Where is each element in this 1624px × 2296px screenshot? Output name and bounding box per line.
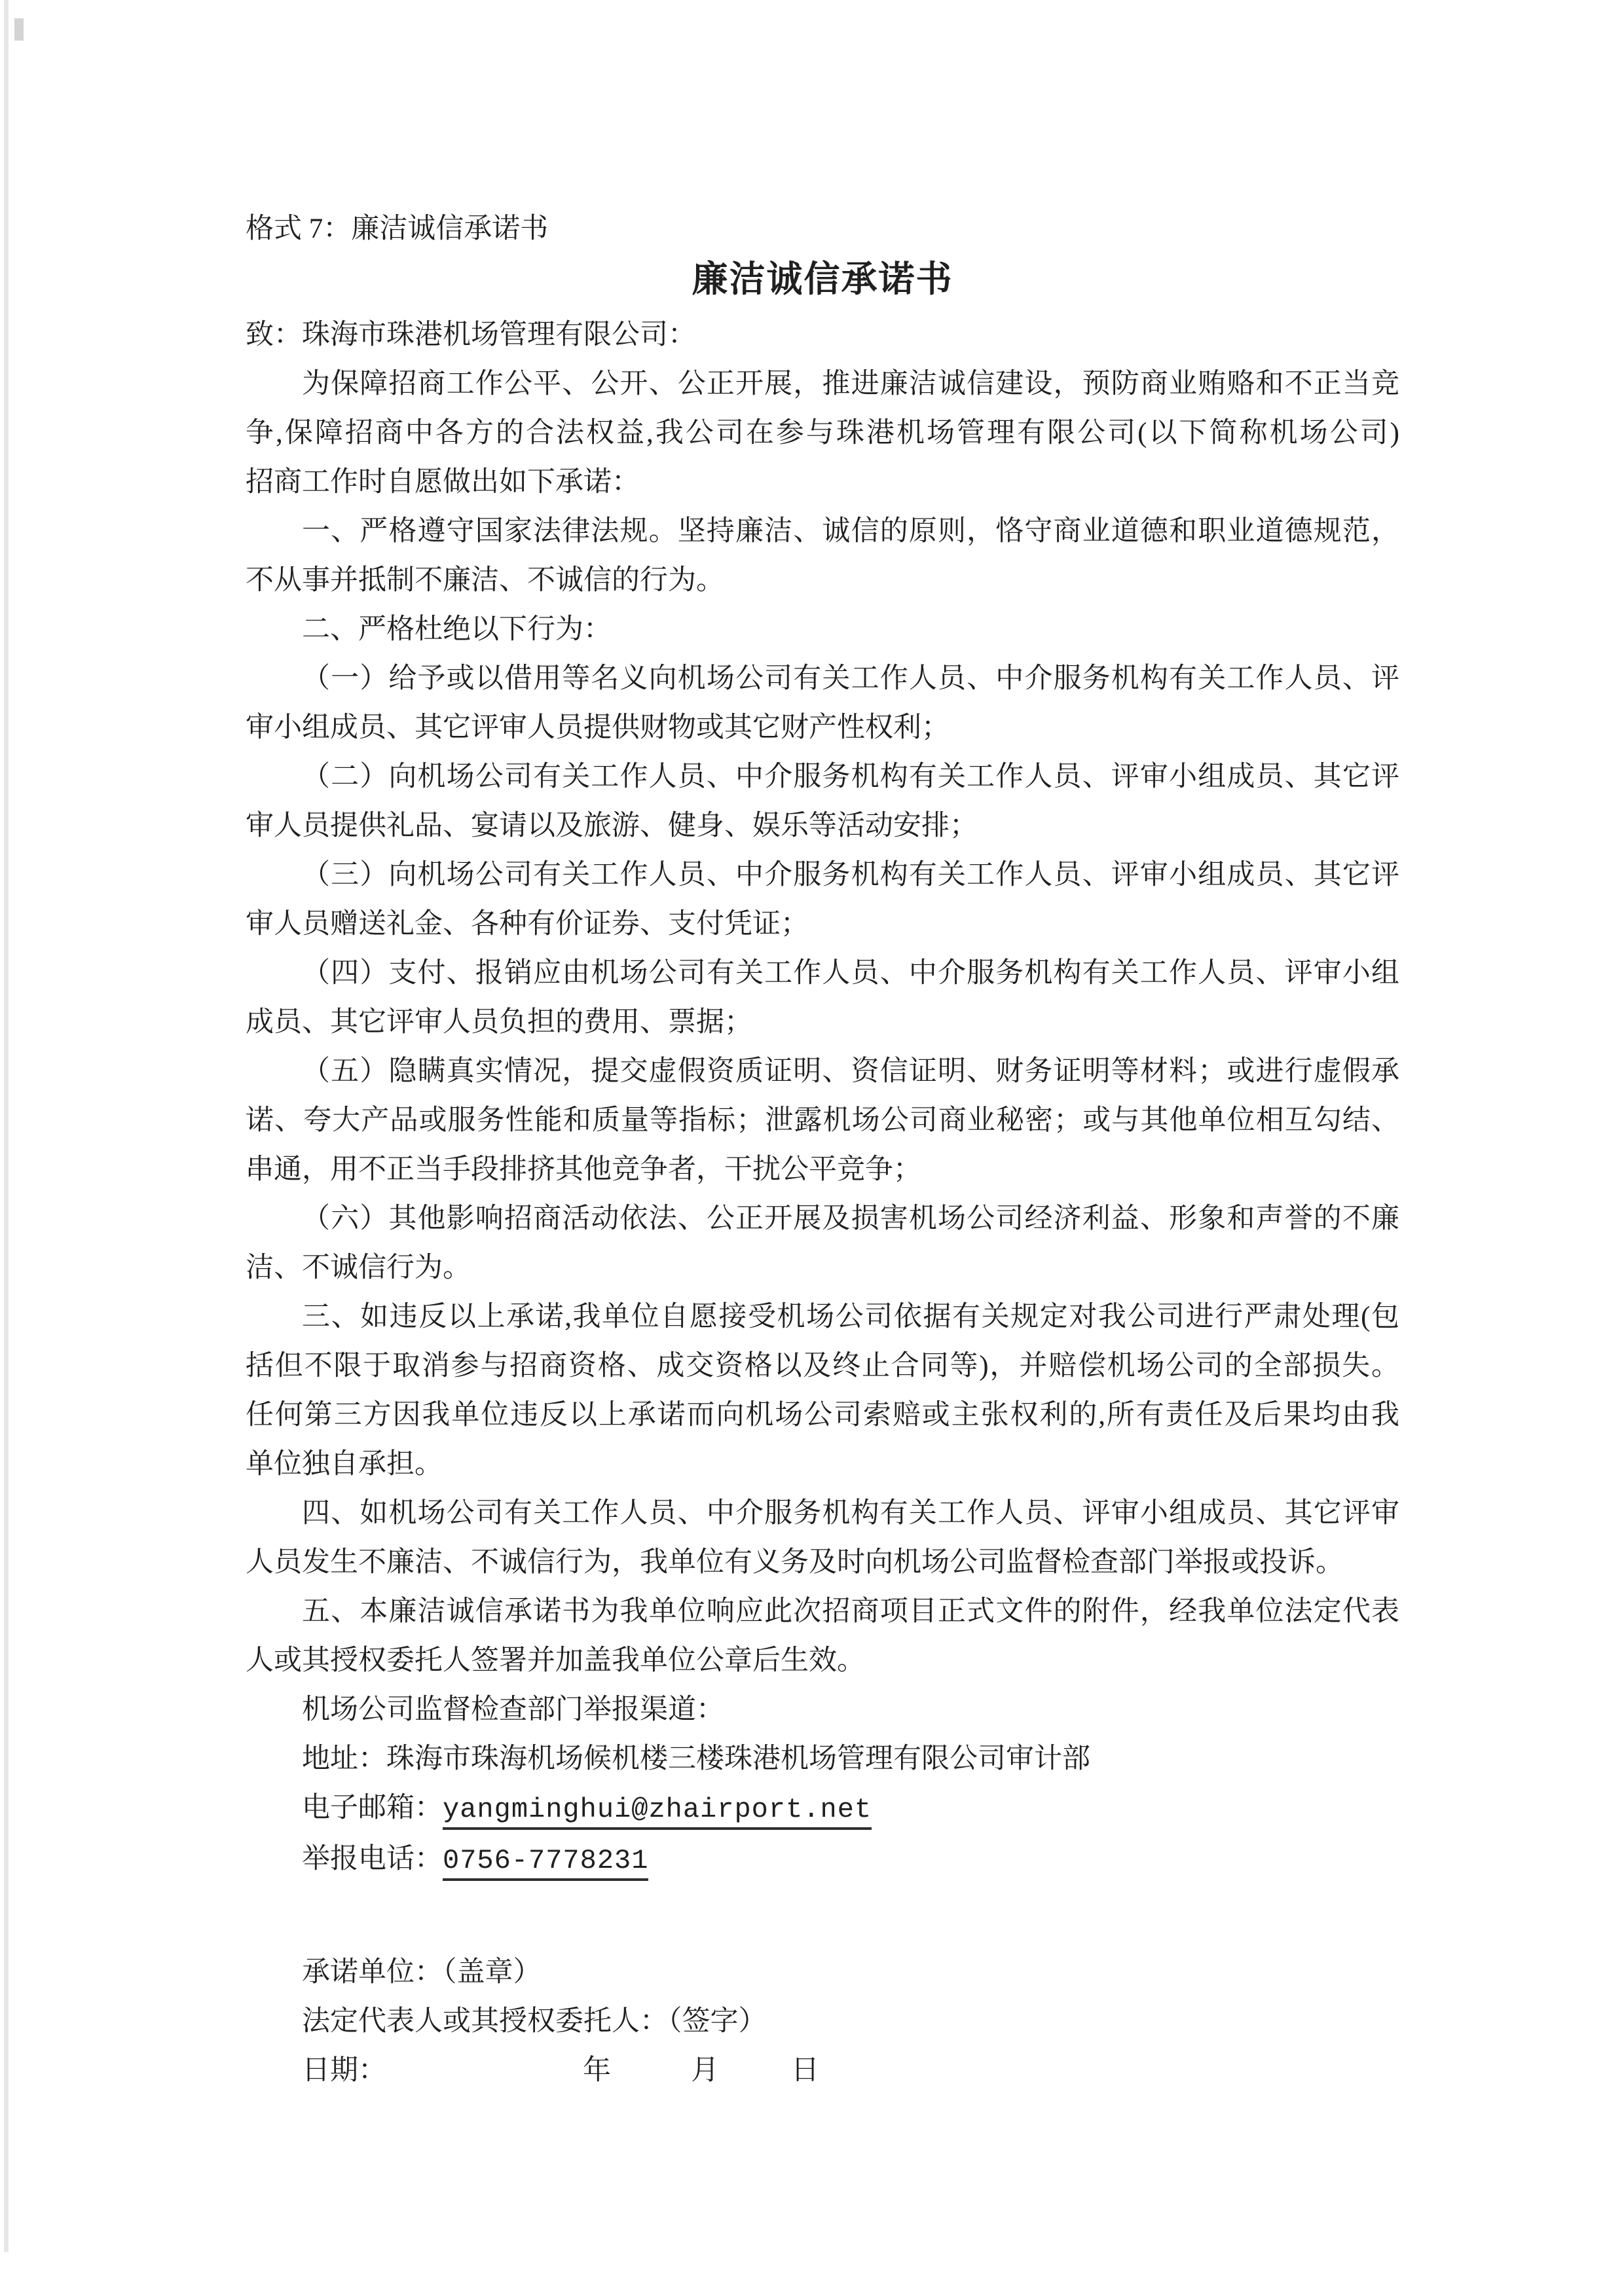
- report-phone-line: 举报电话：0756-7778231: [246, 1834, 1399, 1886]
- body-line: 括但不限于取消参与招商资格、成交资格以及终止合同等)，并赔偿机场公司的全部损失。: [246, 1341, 1399, 1391]
- signature-legal-rep-line: 法定代表人或其授权委托人：（签字）: [246, 1997, 1399, 2046]
- date-day-char: 日: [791, 2055, 819, 2086]
- report-channel-heading: 机场公司监督检查部门举报渠道：: [246, 1685, 1399, 1734]
- signature-date-line: 日期：年月日: [246, 2046, 1399, 2095]
- body-line: （二）向机场公司有关工作人员、中介服务机构有关工作人员、评审小组成员、其它评: [246, 752, 1399, 801]
- scanned-document-page: 格式 7：廉洁诚信承诺书 廉洁诚信承诺书 致：珠海市珠港机场管理有限公司： 为保…: [0, 0, 1624, 2296]
- report-email-label: 电子邮箱：: [302, 1793, 443, 1823]
- report-address-line: 地址：珠海市珠海机场候机楼三楼珠港机场管理有限公司审计部: [246, 1734, 1399, 1783]
- scan-artifact-left-edge-line: [4, 0, 9, 2252]
- body-line: （六）其他影响招商活动依法、公正开展及损害机场公司经济利益、形象和声誉的不廉: [246, 1194, 1399, 1243]
- body-line: 招商工作时自愿做出如下承诺：: [246, 458, 1399, 507]
- body-line: 成员、其它评审人员负担的费用、票据；: [246, 998, 1399, 1047]
- body-line: 任何第三方因我单位违反以上承诺而向机场公司索赔或主张权利的,所有责任及后果均由我: [246, 1391, 1399, 1440]
- body-line: 审人员提供礼品、宴请以及旅游、健身、娱乐等活动安排；: [246, 801, 1399, 850]
- body-line: 串通，用不正当手段排挤其他竞争者，干扰公平竞争；: [246, 1145, 1399, 1194]
- date-label: 日期：: [302, 2055, 386, 2086]
- document-title: 廉洁诚信承诺书: [246, 249, 1399, 310]
- body-line: 诺、夸大产品或服务性能和质量等指标；泄露机场公司商业秘密；或与其他单位相互勾结、: [246, 1096, 1399, 1145]
- body-line: 洁、不诚信行为。: [246, 1243, 1399, 1292]
- date-year-char: 年: [583, 2055, 611, 2086]
- report-phone-label: 举报电话：: [302, 1844, 443, 1874]
- body-line: 三、如违反以上承诺,我单位自愿接受机场公司依据有关规定对我公司进行严肃处理(包: [246, 1292, 1399, 1341]
- body-line: （四）支付、报销应由机场公司有关工作人员、中介服务机构有关工作人员、评审小组: [246, 949, 1399, 998]
- report-email-line: 电子邮箱：yangminghui@zhairport.net: [246, 1783, 1399, 1834]
- body-line: 不从事并抵制不廉洁、不诚信的行为。: [246, 556, 1399, 605]
- document-content: 格式 7：廉洁诚信承诺书 廉洁诚信承诺书 致：珠海市珠港机场管理有限公司： 为保…: [246, 210, 1399, 2095]
- body-line: 五、本廉洁诚信承诺书为我单位响应此次招商项目正式文件的附件，经我单位法定代表: [246, 1587, 1399, 1636]
- report-email-value: yangminghui@zhairport.net: [443, 1794, 872, 1830]
- body-line: 审小组成员、其它评审人员提供财物或其它财产性权利；: [246, 703, 1399, 752]
- body-line: 一、严格遵守国家法律法规。坚持廉洁、诚信的原则，恪守商业道德和职业道德规范，: [246, 507, 1399, 556]
- body-line: 为保障招商工作公平、公开、公正开展，推进廉洁诚信建设，预防商业贿赂和不正当竞: [246, 359, 1399, 409]
- salutation-line: 致：珠海市珠港机场管理有限公司：: [246, 310, 1399, 359]
- body-line: 单位独自承担。: [246, 1440, 1399, 1489]
- body-line: 人或其授权委托人签署并加盖我单位公章后生效。: [246, 1636, 1399, 1685]
- scan-artifact-corner-tick: [14, 18, 24, 41]
- report-phone-value: 0756-7778231: [443, 1845, 648, 1881]
- blank-line-spacer: [246, 1886, 1399, 1948]
- signature-unit-line: 承诺单位：（盖章）: [246, 1948, 1399, 1997]
- body-line: 争,保障招商中各方的合法权益,我公司在参与珠港机场管理有限公司(以下简称机场公司…: [246, 409, 1399, 458]
- body-line: 二、严格杜绝以下行为：: [246, 605, 1399, 654]
- body-line: （五）隐瞒真实情况，提交虚假资质证明、资信证明、财务证明等材料；或进行虚假承: [246, 1047, 1399, 1096]
- body-line: 四、如机场公司有关工作人员、中介服务机构有关工作人员、评审小组成员、其它评审: [246, 1489, 1399, 1538]
- format-label: 格式 7：廉洁诚信承诺书: [246, 210, 1399, 249]
- body-line: 审人员赠送礼金、各种有价证券、支付凭证；: [246, 900, 1399, 949]
- body-line: （三）向机场公司有关工作人员、中介服务机构有关工作人员、评审小组成员、其它评: [246, 850, 1399, 900]
- date-month-char: 月: [691, 2055, 719, 2086]
- body-line: 人员发生不廉洁、不诚信行为，我单位有义务及时向机场公司监督检查部门举报或投诉。: [246, 1538, 1399, 1587]
- body-line: （一）给予或以借用等名义向机场公司有关工作人员、中介服务机构有关工作人员、评: [246, 654, 1399, 703]
